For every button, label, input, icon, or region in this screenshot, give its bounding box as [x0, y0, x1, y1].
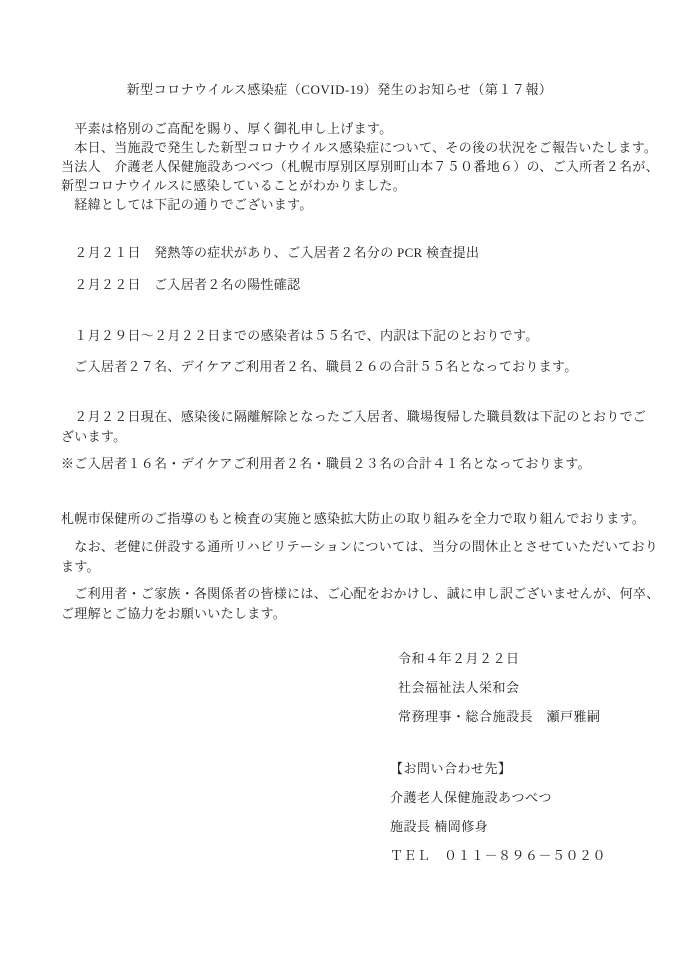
- signature-date: 令和４年２月２２日: [398, 649, 520, 668]
- timeline-line-2: ２月２２日 ご入居者２名の陽性確認: [61, 275, 300, 294]
- signature-organization: 社会福祉法人栄和会: [398, 678, 520, 697]
- intro-line-5: 経緯としては下記の通りでございます。: [61, 195, 313, 214]
- document-title: 新型コロナウイルス感染症（COVID-19）発生のお知らせ（第１７報）: [0, 80, 679, 99]
- closing-line-5: ご理解とご協力をお願いいたします。: [61, 604, 286, 623]
- recovery-line-1: ２月２２日現在、感染後に隔離解除となったご入居者、職場復帰した職員数は下記のとお…: [61, 407, 646, 426]
- signature-person: 常務理事・総合施設長 瀬戸雅嗣: [398, 707, 601, 726]
- document-page: 新型コロナウイルス感染症（COVID-19）発生のお知らせ（第１７報） 平素は格…: [0, 0, 679, 960]
- summary-line-1: １月２９日～２月２２日までの感染者は５５名で、内訳は下記のとおりです。: [61, 326, 539, 345]
- contact-facility: 介護老人保健施設あつべつ: [390, 788, 552, 807]
- closing-line-4: ご利用者・ご家族・各関係者の皆様には、ご心配をおかけし、誠に申し訳ございませんが…: [61, 584, 660, 603]
- intro-line-3: 当法人 介護老人保健施設あつべつ（札幌市厚別区厚別町山本７５０番地６）の、ご入所…: [61, 157, 659, 176]
- closing-line-3: ます。: [61, 557, 100, 576]
- intro-line-1: 平素は格別のご高配を賜り、厚く御礼申し上げます。: [61, 119, 392, 138]
- intro-line-4: 新型コロナウイルスに感染していることがわかりました。: [61, 176, 406, 195]
- timeline-line-1: ２月２１日 発熱等の症状があり、ご入居者２名分の PCR 検査提出: [61, 243, 479, 262]
- contact-director: 施設長 楠岡修身: [390, 817, 488, 836]
- closing-line-1: 札幌市保健所のご指導のもと検査の実施と感染拡大防止の取り組みを全力で取り組んでお…: [61, 509, 645, 528]
- summary-line-2: ご入居者２７名、デイケアご利用者２名、職員２６の合計５５名となっております。: [61, 357, 578, 376]
- recovery-line-2: ざいます。: [61, 427, 126, 446]
- intro-line-2: 本日、当施設で発生した新型コロナウイルス感染症について、その後の状況をご報告いた…: [61, 138, 657, 157]
- closing-line-2: なお、老健に併設する通所リハビリテーションについては、当分の間休止とさせていただ…: [61, 537, 658, 556]
- recovery-note-line: ※ご入居者１６名・デイケアご利用者２名・職員２３名の合計４１名となっております。: [61, 454, 591, 473]
- contact-heading: 【お問い合わせ先】: [390, 759, 512, 778]
- contact-tel: ＴＥＬ ０１１－８９６－５０２０: [390, 846, 606, 865]
